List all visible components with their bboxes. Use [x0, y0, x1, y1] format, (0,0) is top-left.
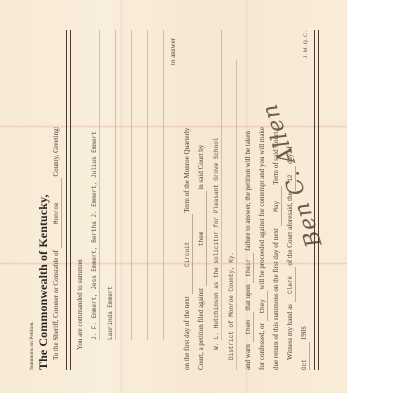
confessed-line: for confessed, or they will be proceeded… [258, 30, 268, 370]
ruled-line [147, 30, 148, 340]
header-divider [66, 30, 71, 370]
ruled-line [131, 30, 132, 340]
page-title: The Commonwealth of Kentucky, [39, 30, 48, 370]
defendants-field-1: J. F. Emmert, Jess Emmert, Bertha J. Emm… [90, 0, 99, 340]
warn-line: and warn them that upon their failure to… [244, 30, 254, 370]
county-field: Monroe [52, 178, 62, 248]
ruled-line [236, 60, 237, 370]
command-text: You are commanded to summon [76, 10, 85, 350]
plaintiff-field-1: W. L. Hutchinson as the solicitor for Pl… [212, 10, 221, 350]
rotated-summons-form: Summons on Petition. The Commonwealth of… [22, 30, 312, 370]
term-line: on the first day of the next Circuit Ter… [183, 30, 193, 370]
petition-line: Court, a petition filed against them in … [197, 30, 207, 370]
document-paper: Summons on Petition. The Commonwealth of… [0, 0, 347, 393]
signature-title: J.M.Q.C. [302, 0, 311, 58]
return-line: due return of this summons on the first … [272, 30, 282, 370]
address-line: To the Sheriff, Coroner or Constable of … [52, 20, 62, 360]
term-field: Circuit [183, 214, 193, 294]
to-answer-text: to answer [169, 0, 178, 65]
footer-divider [314, 30, 319, 370]
ruled-line [115, 30, 116, 340]
ruled-line [163, 30, 164, 340]
ruled-line [221, 30, 222, 340]
party-field: them [197, 191, 207, 286]
ruled-line [99, 30, 100, 340]
plaintiff-field-2: District of Monroe County, Ky. [227, 20, 236, 360]
defendants-field-2: Laurinda Emmert [106, 0, 115, 340]
